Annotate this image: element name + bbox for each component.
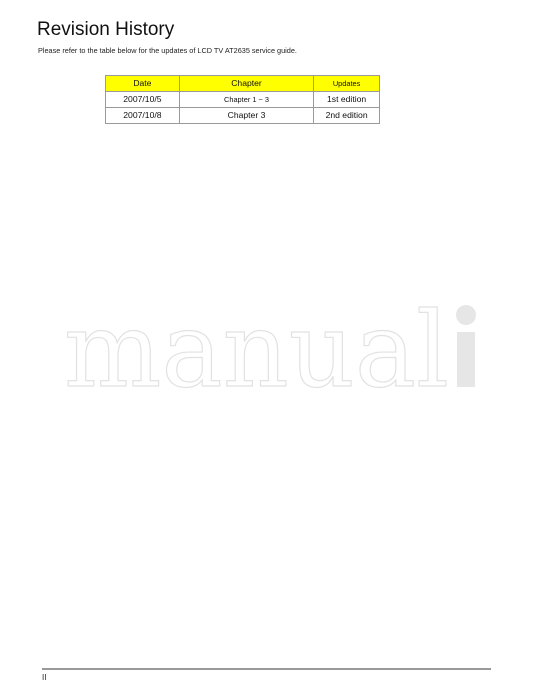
table-row: 2007/10/5 Chapter 1 ~ 3 1st edition [106, 92, 380, 108]
intro-text: Please refer to the table below for the … [38, 46, 297, 56]
revision-history-table: Date Chapter Updates 2007/10/5 Chapter 1… [105, 75, 380, 124]
table-row: 2007/10/8 Chapter 3 2nd edition [106, 108, 380, 124]
cell-updates: 1st edition [314, 92, 380, 108]
footer-divider [42, 668, 491, 670]
page-title: Revision History [37, 18, 174, 42]
watermark-text: manual [64, 290, 449, 400]
table-header-row: Date Chapter Updates [106, 76, 380, 92]
cell-chapter: Chapter 1 ~ 3 [179, 92, 313, 108]
watermark-logo: manual [62, 290, 502, 400]
page-number: II [42, 673, 46, 683]
header-date: Date [106, 76, 180, 92]
cell-date: 2007/10/8 [106, 108, 180, 124]
header-chapter: Chapter [179, 76, 313, 92]
cell-chapter: Chapter 3 [179, 108, 313, 124]
cell-date: 2007/10/5 [106, 92, 180, 108]
watermark-i-stem [457, 332, 475, 387]
watermark-i-dot [456, 305, 476, 325]
cell-updates: 2nd edition [314, 108, 380, 124]
header-updates: Updates [314, 76, 380, 92]
